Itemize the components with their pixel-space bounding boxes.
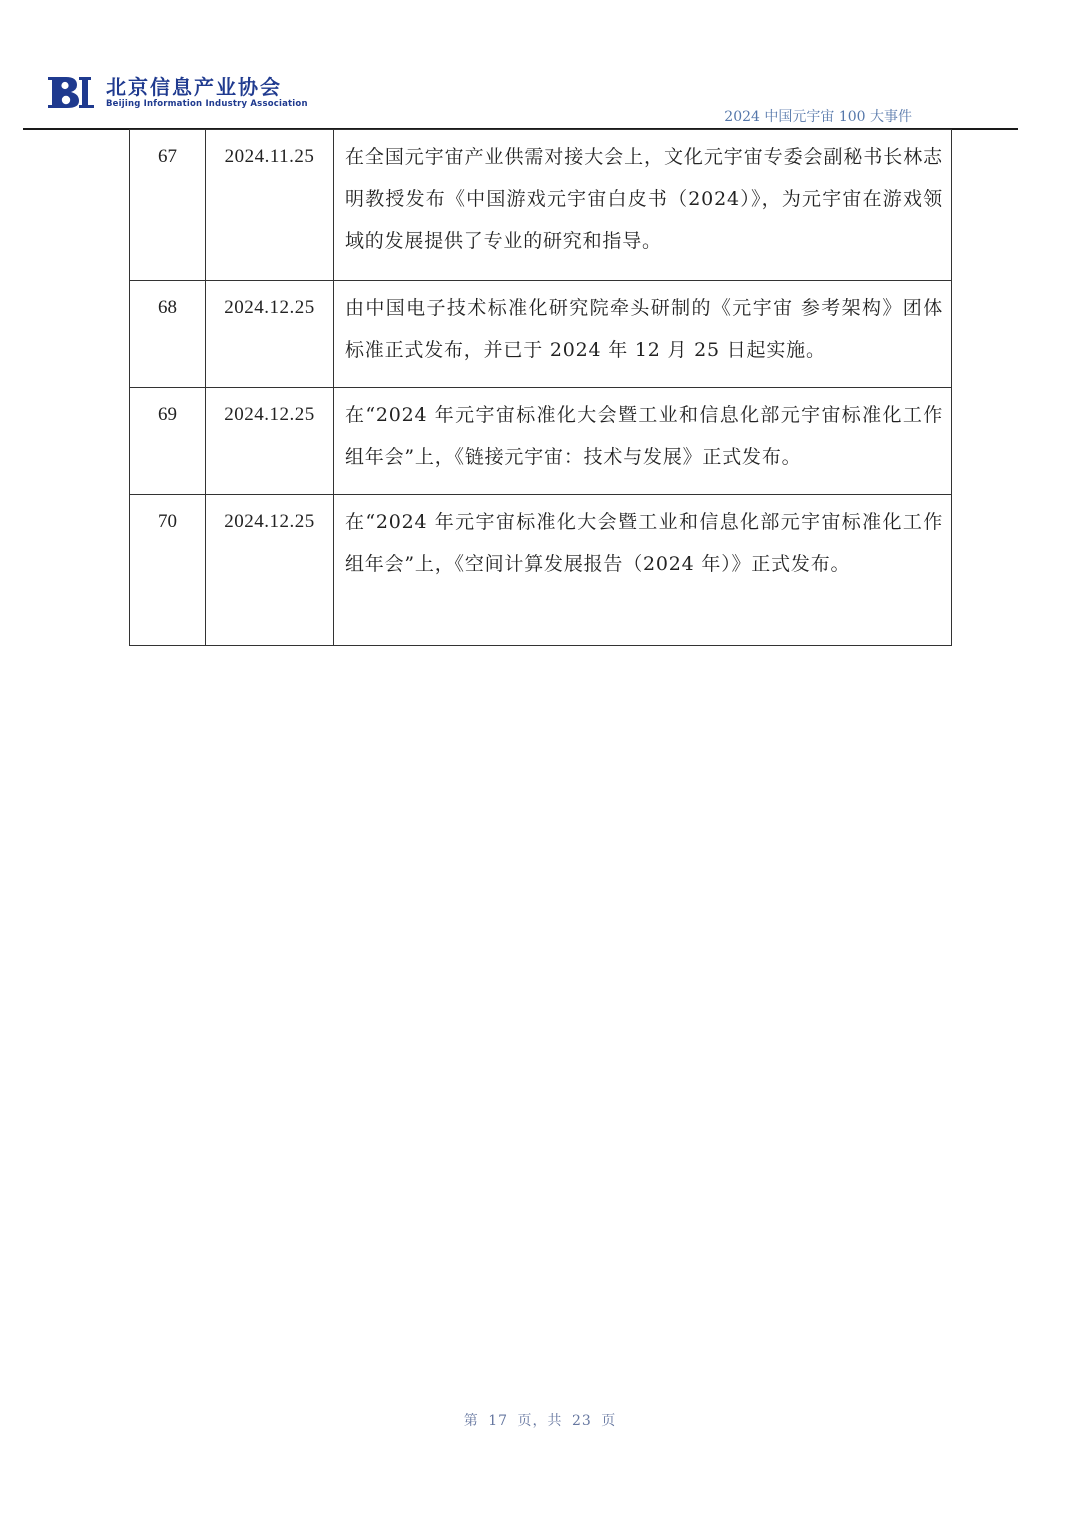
event-number: 68 (130, 281, 206, 388)
event-number: 69 (130, 388, 206, 495)
org-logo: 北京信息产业协会 Beijing Information Industry As… (46, 74, 308, 110)
event-date: 2024.12.25 (206, 281, 334, 388)
table-row: 70 2024.12.25 在“2024 年元宇宙标准化大会暨工业和信息化部元宇… (130, 495, 952, 646)
table-row: 68 2024.12.25 由中国电子技术标准化研究院牵头研制的《元宇宙 参考架… (130, 281, 952, 388)
event-description: 由中国电子技术标准化研究院牵头研制的《元宇宙 参考架构》团体标准正式发布，并已于… (334, 281, 952, 388)
event-number: 70 (130, 495, 206, 646)
bi-logo-icon (46, 74, 96, 110)
event-number: 67 (130, 130, 206, 281)
org-name-cn: 北京信息产业协会 (106, 75, 308, 99)
event-date: 2024.12.25 (206, 495, 334, 646)
event-date: 2024.11.25 (206, 130, 334, 281)
event-description: 在“2024 年元宇宙标准化大会暨工业和信息化部元宇宙标准化工作组年会”上，《链… (334, 388, 952, 495)
document-title: 2024 中国元宇宙 100 大事件 (724, 106, 912, 126)
table-row: 67 2024.11.25 在全国元宇宙产业供需对接大会上，文化元宇宙专委会副秘… (130, 130, 952, 281)
event-description: 在“2024 年元宇宙标准化大会暨工业和信息化部元宇宙标准化工作组年会”上，《空… (334, 495, 952, 646)
event-date: 2024.12.25 (206, 388, 334, 495)
org-name-en: Beijing Information Industry Association (106, 99, 308, 110)
table-row: 69 2024.12.25 在“2024 年元宇宙标准化大会暨工业和信息化部元宇… (130, 388, 952, 495)
event-description: 在全国元宇宙产业供需对接大会上，文化元宇宙专委会副秘书长林志明教授发布《中国游戏… (334, 130, 952, 281)
page-number: 第 17 页，共 23 页 (0, 1410, 1080, 1430)
events-table: 67 2024.11.25 在全国元宇宙产业供需对接大会上，文化元宇宙专委会副秘… (129, 129, 952, 646)
